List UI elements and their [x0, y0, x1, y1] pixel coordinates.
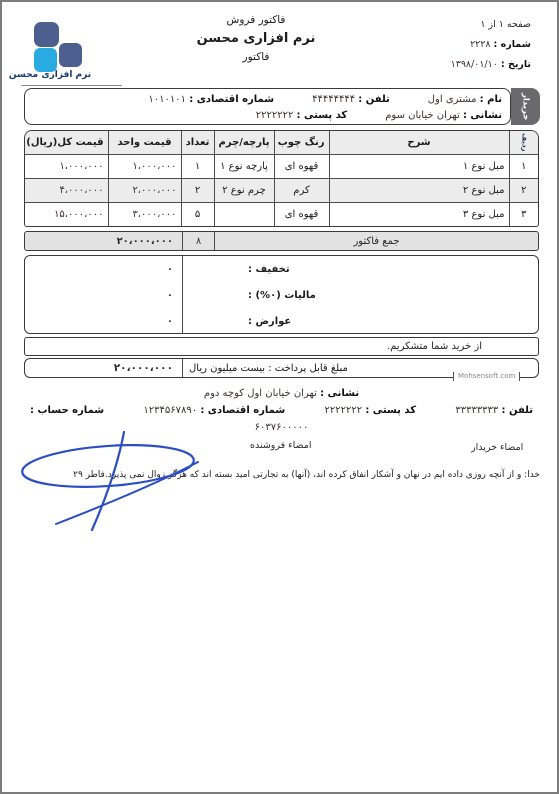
item-unit-price: ۳،۰۰۰،۰۰۰ — [132, 209, 176, 220]
item-fabric: پارچه نوع ۱ — [214, 154, 274, 178]
invoice-number: شماره : ۲۲۲۸ — [451, 35, 531, 55]
thanks-row: از خرید شما متشکریم. — [24, 337, 539, 356]
seller-address-value: تهران خیابان اول کوچه دوم — [204, 388, 317, 399]
customer-box: نام : مشتری اول تلفن : ۴۴۴۴۴۴۴۴ شماره اق… — [24, 88, 511, 125]
document-subtitle: فاکتور — [150, 51, 362, 63]
item-fabric — [214, 202, 274, 226]
seller-econ-value: ۱۲۳۴۵۶۷۸۹۰ — [143, 405, 197, 416]
seller-phone-label: تلفن : — [501, 405, 533, 416]
invoice-sum-quantity: ۸ — [182, 232, 215, 250]
seller-phone-value: ۳۳۳۳۳۳۳۳ — [455, 405, 498, 416]
discount-value: ۰ — [25, 256, 182, 282]
customer-postal-value: ۲۲۲۲۲۲۲ — [256, 110, 294, 121]
item-fabric: چرم نوع ۲ — [214, 178, 274, 202]
customer-econ-value: ۱۰۱۰۱۰۱ — [148, 94, 186, 105]
tax-value: ۰ — [25, 282, 182, 308]
table-row: ۳ مبل نوع ۳ قهوه ای ۵ ۳،۰۰۰،۰۰۰ ۱۵،۰۰۰،۰… — [24, 202, 538, 226]
payable-value: ۲۰،۰۰۰،۰۰۰ — [25, 359, 182, 377]
invoice-sum-amount: ۲۰،۰۰۰،۰۰۰ — [25, 232, 182, 250]
seller-econ: شماره اقتصادی : ۱۲۳۴۵۶۷۸۹۰ — [143, 405, 285, 416]
header-fabric-leather: پارچه/چرم — [214, 131, 274, 154]
thanks-text: از خرید شما متشکریم. — [387, 341, 482, 352]
buyer-tab: خریدار — [511, 88, 540, 125]
page-indicator: صفحه ۱ از ۱ — [451, 15, 531, 35]
seller-account-label: شماره حساب : — [30, 405, 104, 416]
tax-row: مالیات (۰%) : ۰ — [25, 282, 538, 308]
customer-name-label: نام : — [480, 94, 502, 105]
logo-square-dark-right-icon — [59, 43, 82, 67]
customer-postal-label: کد پستی : — [297, 110, 348, 121]
seller-address-label: نشانی : — [320, 388, 359, 399]
invoice-date-value: ۱۳۹۸/۰۱/۱۰ — [451, 59, 498, 70]
items-table-container: ردیف شرح رنگ چوب پارچه/چرم تعداد قیمت وا… — [24, 130, 539, 227]
customer-phone: تلفن : ۴۴۴۴۴۴۴۴ — [312, 94, 390, 105]
item-total-price: ۱۵،۰۰۰،۰۰۰ — [54, 209, 103, 220]
discount-label: تخفیف : — [182, 256, 538, 282]
customer-address-value: تهران خیابان سوم — [385, 110, 460, 121]
item-quantity: ۱ — [181, 154, 214, 178]
items-header-row: ردیف شرح رنگ چوب پارچه/چرم تعداد قیمت وا… — [24, 131, 538, 154]
item-total-price: ۱،۰۰۰،۰۰۰ — [59, 161, 103, 172]
seller-postal-label: کد پستی : — [365, 405, 416, 416]
table-row: ۲ مبل نوع ۲ کرم چرم نوع ۲ ۲ ۲،۰۰۰،۰۰۰ ۴،… — [24, 178, 538, 202]
invoice-date-label: تاریخ : — [501, 59, 531, 70]
duty-value: ۰ — [25, 308, 182, 334]
customer-postal: کد پستی : ۲۲۲۲۲۲۲ — [256, 110, 347, 121]
item-row-number: ۱ — [509, 154, 538, 178]
customer-econ-label: شماره اقتصادی : — [189, 94, 274, 105]
header-title: فاکتور فروش نرم افزاری محسن فاکتور — [150, 14, 362, 63]
invoice-number-value: ۲۲۲۸ — [470, 39, 490, 50]
invoice-sum-label: جمع فاکتور — [215, 232, 538, 250]
handwritten-signature — [6, 426, 216, 536]
invoice-date: تاریخ : ۱۳۹۸/۰۱/۱۰ — [451, 55, 531, 75]
company-name: نرم افزاری محسن — [150, 31, 362, 46]
seller-phone: تلفن : ۳۳۳۳۳۳۳۳ — [455, 405, 533, 416]
seller-postal: کد پستی : ۲۲۲۲۲۲۲ — [325, 405, 416, 416]
seller-contact-row: تلفن : ۳۳۳۳۳۳۳۳ کد پستی : ۲۲۲۲۲۲۲ شماره … — [30, 405, 533, 416]
customer-phone-label: تلفن : — [358, 94, 390, 105]
item-unit-price: ۱،۰۰۰،۰۰۰ — [132, 161, 176, 172]
item-row-number: ۳ — [509, 202, 538, 226]
seller-econ-label: شماره اقتصادی : — [200, 405, 285, 416]
item-row-number: ۲ — [509, 178, 538, 202]
header-unit-price: قیمت واحد — [108, 131, 181, 154]
seller-account: شماره حساب : — [30, 405, 104, 416]
items-table: ردیف شرح رنگ چوب پارچه/چرم تعداد قیمت وا… — [24, 131, 538, 226]
invoice-page: صفحه ۱ از ۱ شماره : ۲۲۲۸ تاریخ : ۱۳۹۸/۰۱… — [0, 0, 559, 794]
customer-address-label: نشانی : — [463, 110, 502, 121]
logo-caption: نرم افزاری محسن — [8, 70, 92, 80]
watermark-text: Mohsensoft.com — [453, 372, 520, 381]
buyer-tab-label: خریدار — [521, 93, 531, 120]
item-quantity: ۲ — [181, 178, 214, 202]
customer-address: نشانی : تهران خیابان سوم — [385, 110, 502, 121]
header-total-price: قیمت کل(ریال) — [24, 131, 108, 154]
seller-signature-label: امضاء فروشنده — [250, 440, 312, 451]
header-wood-color: رنگ چوب — [274, 131, 329, 154]
table-row: ۱ مبل نوع ۱ قهوه ای پارچه نوع ۱ ۱ ۱،۰۰۰،… — [24, 154, 538, 178]
customer-name: نام : مشتری اول — [428, 94, 502, 105]
totals-box: تخفیف : ۰ مالیات (۰%) : ۰ عوارض : ۰ — [24, 255, 539, 334]
document-type: فاکتور فروش — [150, 14, 362, 26]
item-wood-color: کرم — [274, 178, 329, 202]
company-logo: نرم افزاری محسن — [2, 2, 137, 92]
item-quantity: ۵ — [181, 202, 214, 226]
duty-label: عوارض : — [182, 308, 538, 334]
item-unit-price: ۲،۰۰۰،۰۰۰ — [132, 185, 176, 196]
buyer-signature-label: امضاء خریدار — [471, 442, 523, 453]
item-description: مبل نوع ۱ — [329, 154, 509, 178]
logo-divider — [21, 85, 122, 86]
customer-row-1: نام : مشتری اول تلفن : ۴۴۴۴۴۴۴۴ شماره اق… — [31, 91, 502, 107]
customer-econ: شماره اقتصادی : ۱۰۱۰۱۰۱ — [148, 94, 274, 105]
header-description: شرح — [329, 131, 509, 154]
seller-postal-value: ۲۲۲۲۲۲۲ — [325, 405, 363, 416]
invoice-number-label: شماره : — [494, 39, 531, 50]
item-description: مبل نوع ۲ — [329, 178, 509, 202]
duty-row: عوارض : ۰ — [25, 308, 538, 334]
customer-phone-value: ۴۴۴۴۴۴۴۴ — [312, 94, 355, 105]
logo-square-light-icon — [34, 48, 57, 72]
header-meta: صفحه ۱ از ۱ شماره : ۲۲۲۸ تاریخ : ۱۳۹۸/۰۱… — [451, 15, 531, 75]
item-total-price: ۴،۰۰۰،۰۰۰ — [59, 185, 103, 196]
customer-row-2: نشانی : تهران خیابان سوم کد پستی : ۲۲۲۲۲… — [31, 107, 502, 123]
header-row-number: ردیف — [509, 131, 538, 154]
item-description: مبل نوع ۳ — [329, 202, 509, 226]
seller-address: نشانی : تهران خیابان اول کوچه دوم — [2, 388, 559, 399]
header-quantity: تعداد — [181, 131, 214, 154]
invoice-sum-row: جمع فاکتور ۸ ۲۰،۰۰۰،۰۰۰ — [24, 231, 539, 251]
tax-label: مالیات (۰%) : — [182, 282, 538, 308]
customer-name-value: مشتری اول — [428, 94, 477, 105]
item-wood-color: قهوه ای — [274, 154, 329, 178]
logo-square-dark-top-icon — [34, 22, 59, 47]
discount-row: تخفیف : ۰ — [25, 256, 538, 282]
item-wood-color: قهوه ای — [274, 202, 329, 226]
